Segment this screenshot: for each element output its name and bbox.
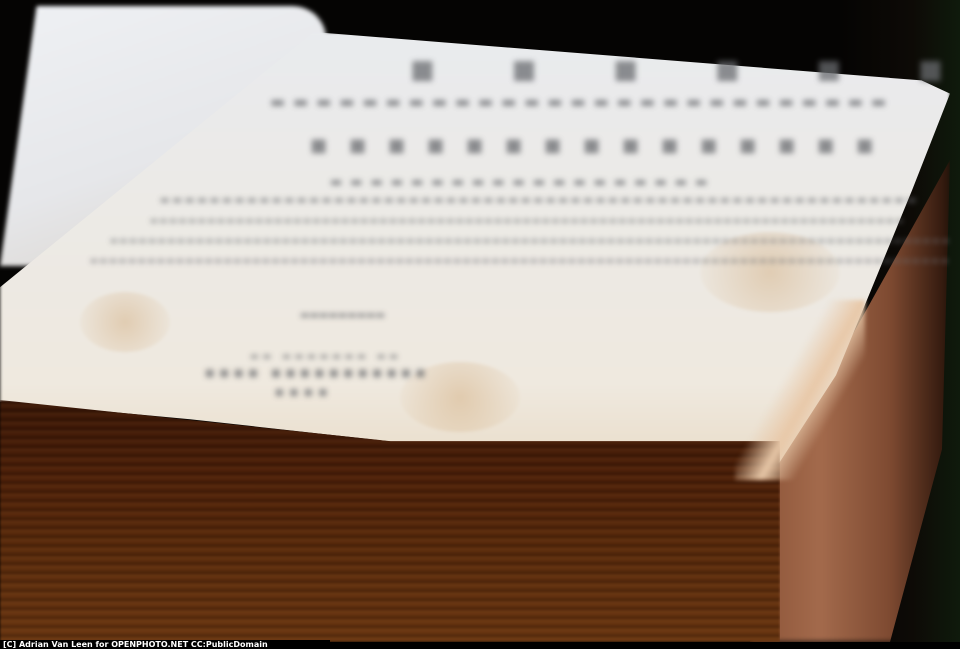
blurred-title-line: ▬▬▬▬▬▬▬▬▬▬▬▬▬▬▬▬▬▬▬ xyxy=(330,175,715,190)
blurred-title-line: ■ ■ ■ ■ ■ ■ xyxy=(410,55,960,85)
blurred-text-line: ▬▬▬▬▬▬▬▬▬▬▬▬▬▬▬▬▬▬▬▬▬▬▬▬▬▬▬▬▬▬▬▬▬▬▬▬▬▬▬▬… xyxy=(150,215,905,225)
photo: ■ ■ ■ ■ ■ ■ ▬▬▬▬▬▬▬▬▬▬▬▬▬▬▬▬▬▬▬▬▬▬▬▬▬▬▬ … xyxy=(0,0,960,649)
blurred-imprint-year: ■■■■ xyxy=(275,388,333,398)
blurred-imprint-line: ▬▬ ▬▬▬▬▬▬▬ ▬▬ xyxy=(250,352,402,362)
blurred-imprint-line: ■■■■ ■■■■■■■■■■■ xyxy=(205,368,430,379)
blurred-title-line: ■■■■■■■■■■■■■■■ xyxy=(310,135,895,156)
torn-page-corner xyxy=(735,300,865,480)
blurred-text-line: ▬▬▬▬▬▬▬▬▬▬▬▬▬▬▬▬▬▬▬▬▬▬▬▬▬▬▬▬▬▬▬▬▬▬▬▬▬▬▬▬… xyxy=(90,255,950,265)
blurred-text-line: ▬▬▬▬▬▬▬▬▬▬▬▬▬▬▬▬▬▬▬▬▬▬▬▬▬▬▬▬▬▬▬▬▬▬▬▬▬▬▬▬… xyxy=(160,195,919,206)
page-stain xyxy=(80,292,170,352)
blurred-text-line: ▬▬▬▬▬▬▬▬▬▬▬▬▬▬▬▬▬▬▬▬▬▬▬▬▬▬▬▬▬▬▬▬▬▬▬▬▬▬▬▬… xyxy=(110,235,951,245)
blurred-title-line: ▬▬▬▬▬▬▬▬▬▬▬▬▬▬▬▬▬▬▬▬▬▬▬▬▬▬▬ xyxy=(270,92,894,111)
blurred-rule: ▬▬▬▬▬▬▬▬▬ xyxy=(300,310,385,321)
photo-frame: ■ ■ ■ ■ ■ ■ ▬▬▬▬▬▬▬▬▬▬▬▬▬▬▬▬▬▬▬▬▬▬▬▬▬▬▬ … xyxy=(0,0,960,642)
photo-credit-watermark: [C] Adrian Van Leen for OPENPHOTO.NET CC… xyxy=(3,640,268,649)
